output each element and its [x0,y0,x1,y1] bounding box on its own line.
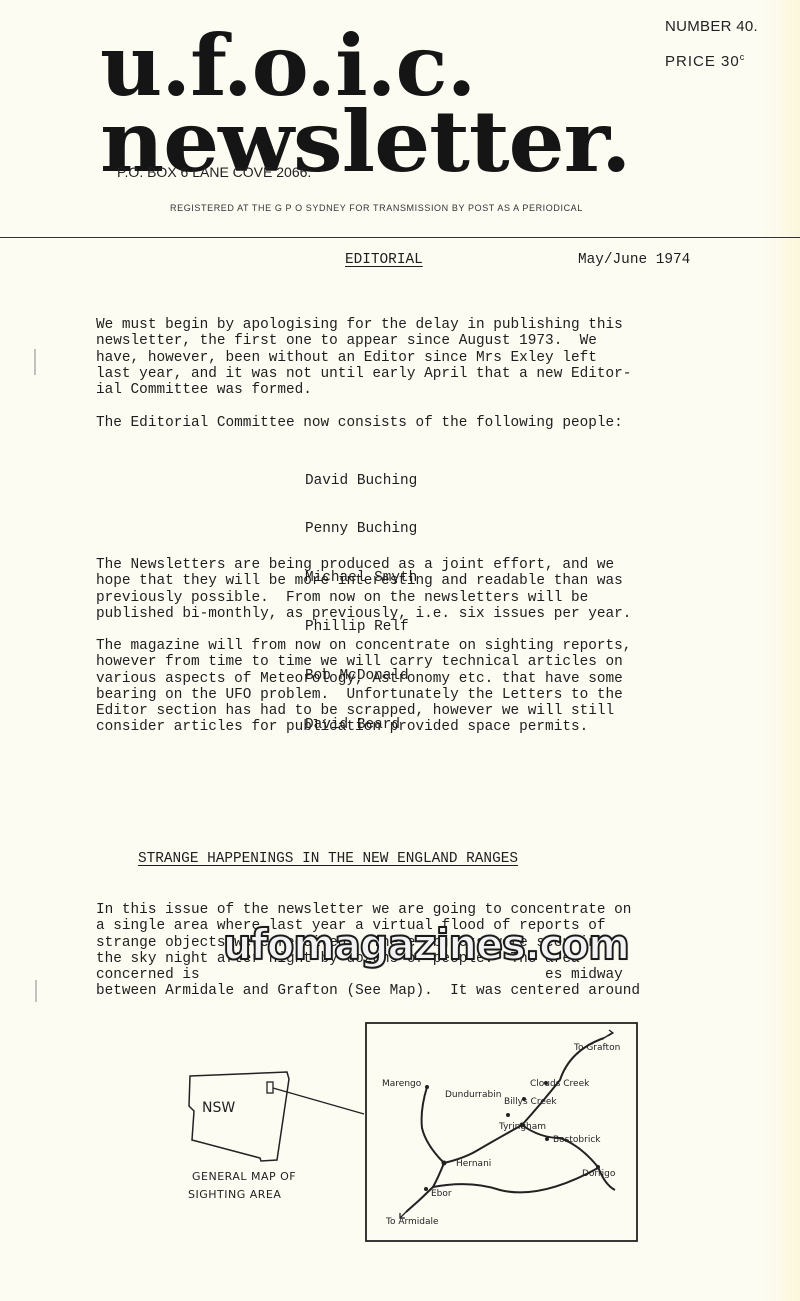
margin-mark [35,980,37,1002]
map-detail-box [366,1023,637,1241]
article-heading: STRANGE HAPPENINGS IN THE NEW ENGLAND RA… [138,851,518,867]
editorial-paragraph-3: The magazine will from now on concentrat… [96,638,631,736]
price-unit: c [740,52,746,62]
editorial-paragraph-2: The Newsletters are being produced as a … [96,557,631,622]
map-label: Hernani [456,1159,491,1169]
area-marker [267,1082,273,1093]
header-divider [0,237,800,238]
map-label: Billys Creek [504,1097,557,1107]
price: PRICE 30c [665,52,745,70]
editorial-heading: EDITORIAL [345,252,423,268]
committee-member: Penny Buching [305,521,417,537]
editorial-date: May/June 1974 [578,252,690,268]
map-label: To Armidale [385,1217,439,1227]
map-label: Bostobrick [553,1135,601,1145]
nsw-outline [189,1072,289,1161]
map-state-label: NSW [202,1100,235,1116]
postal-address: P.O. BOX 6 LANE COVE 2066. [117,164,311,180]
map-label: Clouds Creek [530,1079,590,1089]
map-label: Dorrigo [582,1169,616,1179]
paper-edge [760,0,800,1301]
map-label: Tyringham [498,1122,546,1132]
committee-intro: The Editorial Committee now consists of … [96,415,623,431]
editorial-paragraph-1: We must begin by apologising for the del… [96,317,631,398]
map-label: Dundurrabin [445,1090,501,1100]
map-label: Ebor [431,1189,452,1199]
price-label: PRICE 30 [665,53,740,70]
watermark: ufomagazines.com [223,920,629,969]
issue-number: NUMBER 40. [665,18,758,35]
margin-mark [34,349,36,375]
map-caption-line2: SIGHTING AREA [188,1188,281,1201]
connector-line [273,1088,364,1114]
map-label: Marengo [382,1079,422,1089]
registration-notice: REGISTERED AT THE G P O SYDNEY FOR TRANS… [170,203,583,213]
committee-member: David Buching [305,473,417,489]
map-label: To Grafton [573,1043,620,1053]
map-caption-line1: GENERAL MAP OF [192,1170,296,1183]
